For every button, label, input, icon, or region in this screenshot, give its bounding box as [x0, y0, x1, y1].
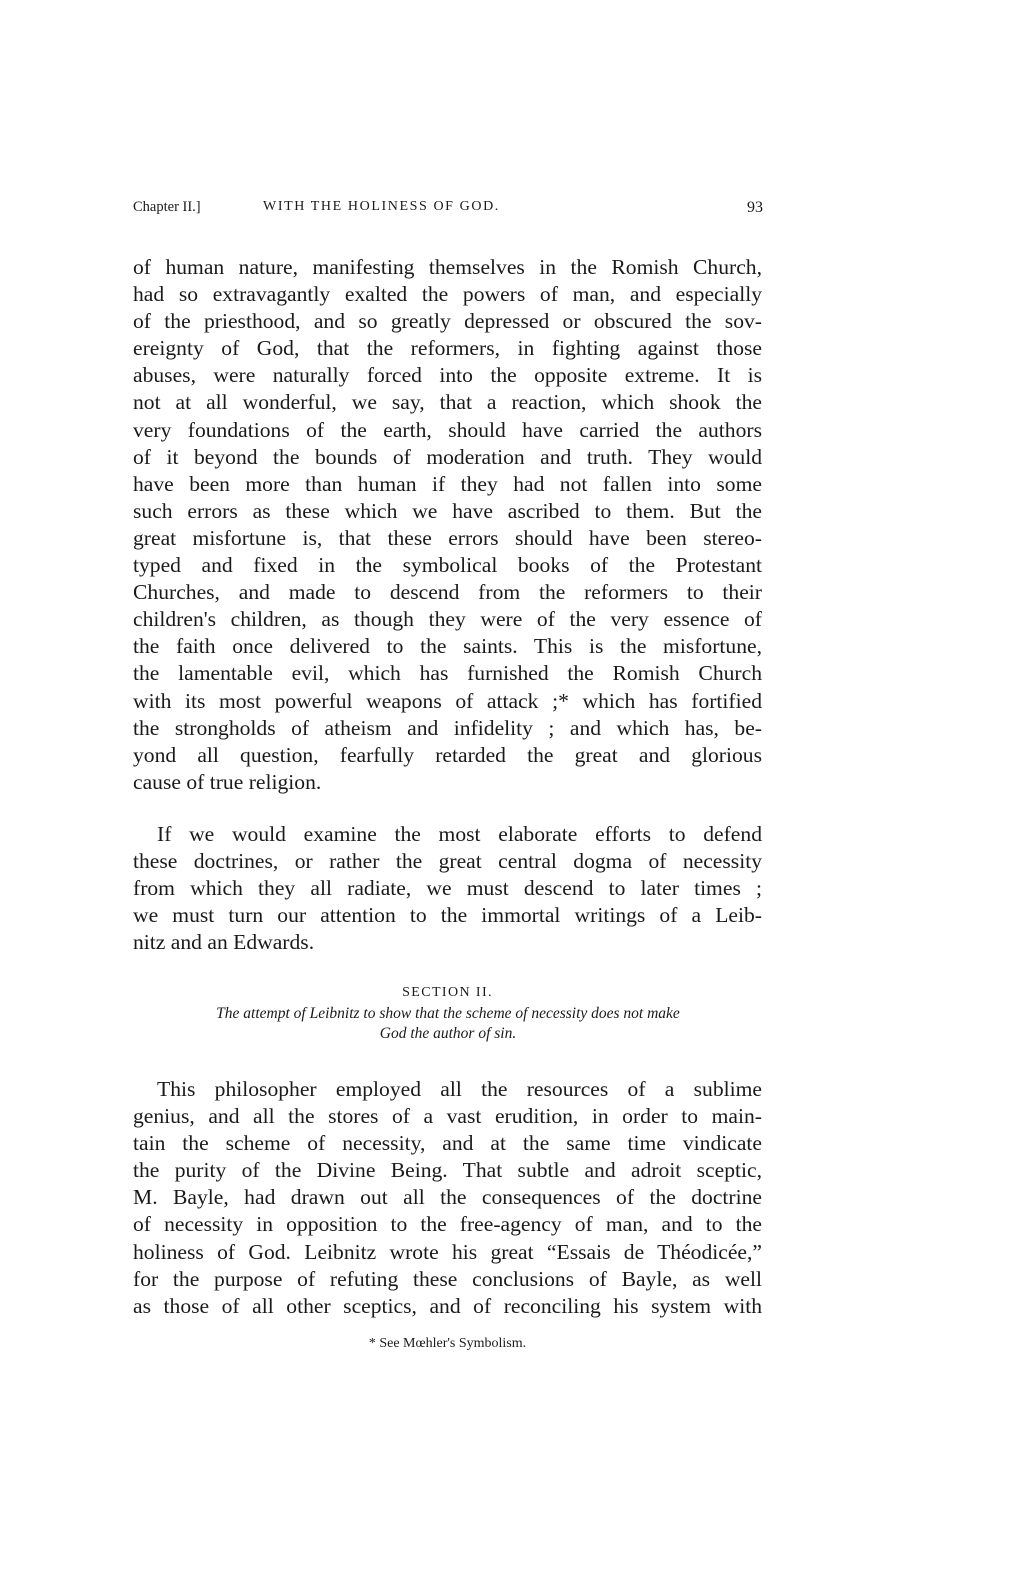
text-line: abuses, were naturally forced into the o… — [133, 362, 762, 389]
text-line: for the purpose of refuting these conclu… — [133, 1266, 762, 1293]
text-line: children's children, as though they were… — [133, 606, 762, 633]
text-line: ereignty of God, that the reformers, in … — [133, 335, 762, 362]
text-line: from which they all radiate, we must des… — [133, 875, 762, 902]
text-line: of necessity in opposition to the free-a… — [133, 1211, 762, 1238]
running-title: WITH THE HOLINESS OF GOD. — [263, 199, 500, 215]
page-number: 93 — [747, 199, 763, 217]
text-line: holiness of God. Leibnitz wrote his grea… — [133, 1239, 762, 1266]
paragraph-2: If we would examine the most elaborate e… — [133, 821, 762, 956]
text-line: nitz and an Edwards. — [133, 929, 762, 956]
book-page: Chapter II.] WITH THE HOLINESS OF GOD. 9… — [0, 0, 1011, 1580]
section-subtitle-line: God the author of sin. — [128, 1024, 768, 1044]
text-line: as those of all other sceptics, and of r… — [133, 1293, 762, 1320]
text-line: If we would examine the most elaborate e… — [133, 821, 762, 848]
text-line: tain the scheme of necessity, and at the… — [133, 1130, 762, 1157]
text-line-with-footnote-ref: with its most powerful weapons of attack… — [133, 688, 762, 715]
text-line: not at all wonderful, we say, that a rea… — [133, 389, 762, 416]
text-line: This philosopher employed all the resour… — [133, 1076, 762, 1103]
text-line: we must turn our attention to the immort… — [133, 902, 762, 929]
text-line: great misfortune is, that these errors s… — [133, 525, 762, 552]
text-line: M. Bayle, had drawn out all the conseque… — [133, 1184, 762, 1211]
text-line: the purity of the Divine Being. That sub… — [133, 1157, 762, 1184]
text-line: very foundations of the earth, should ha… — [133, 417, 762, 444]
text-line: such errors as these which we have ascri… — [133, 498, 762, 525]
section-heading: SECTION II. — [133, 985, 762, 1001]
paragraph-1: of human nature, manifesting themselves … — [133, 254, 762, 796]
footnote: * See Mœhler's Symbolism. — [133, 1336, 762, 1352]
text-line: of human nature, manifesting themselves … — [133, 254, 762, 281]
text-line: genius, and all the stores of a vast eru… — [133, 1103, 762, 1130]
chapter-label: Chapter II.] — [133, 199, 201, 216]
text-line: the lamentable evil, which has furnished… — [133, 660, 762, 687]
text-line: had so extravagantly exalted the powers … — [133, 281, 762, 308]
text-line: yond all question, fearfully retarded th… — [133, 742, 762, 769]
text-line: cause of true religion. — [133, 769, 762, 796]
text-line: have been more than human if they had no… — [133, 471, 762, 498]
text-line: of the priesthood, and so greatly depres… — [133, 308, 762, 335]
section-subtitle-line: The attempt of Leibnitz to show that the… — [128, 1004, 768, 1024]
section-subtitle: The attempt of Leibnitz to show that the… — [128, 1004, 768, 1044]
text-line: typed and fixed in the symbolical books … — [133, 552, 762, 579]
text-line: the faith once delivered to the saints. … — [133, 633, 762, 660]
text-line: the strongholds of atheism and infidelit… — [133, 715, 762, 742]
text-line: of it beyond the bounds of moderation an… — [133, 444, 762, 471]
text-line: these doctrines, or rather the great cen… — [133, 848, 762, 875]
text-line: Churches, and made to descend from the r… — [133, 579, 762, 606]
running-head: Chapter II.] WITH THE HOLINESS OF GOD. 9… — [133, 199, 763, 223]
paragraph-3: This philosopher employed all the resour… — [133, 1076, 762, 1320]
